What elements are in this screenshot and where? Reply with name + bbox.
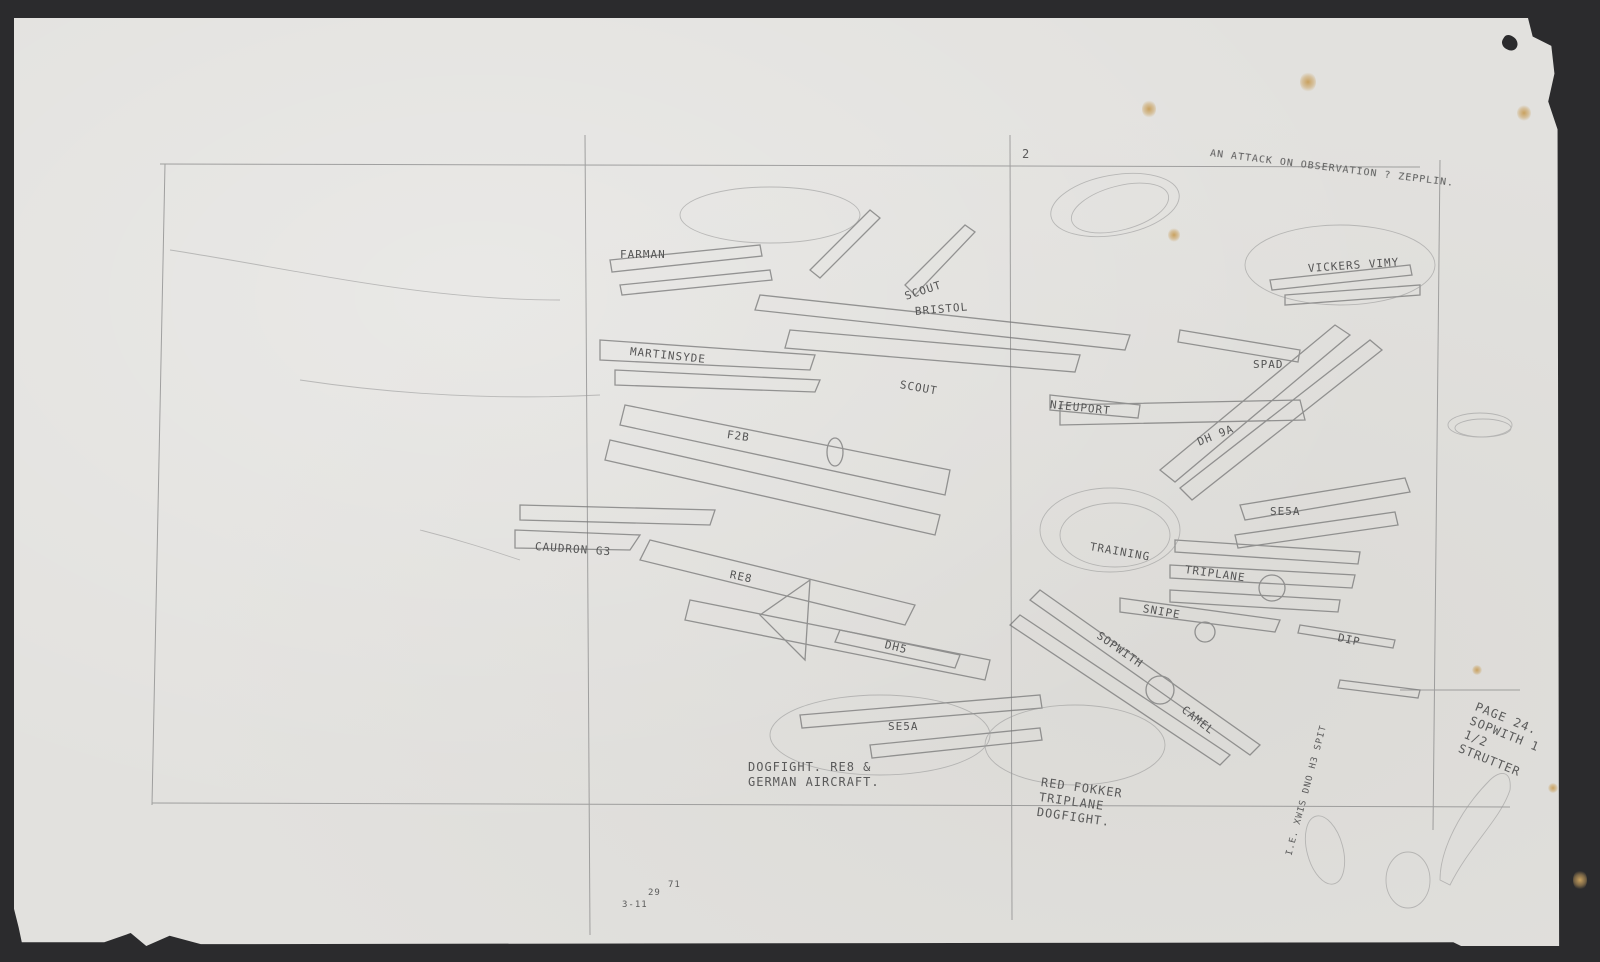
layout-grid-lines <box>152 135 1520 935</box>
aircraft-label: SE5A <box>888 720 919 733</box>
bottom-center-note: RED FOKKER TRIPLANE DOGFIGHT. <box>1034 745 1175 852</box>
bottom-left-note-text: DOGFIGHT. RE8 & GERMAN AIRCRAFT. <box>748 760 888 790</box>
corner-note-3: 71 <box>668 880 681 891</box>
aircraft-label: SPAD <box>1253 358 1284 371</box>
aircraft-label: FARMAN <box>620 248 666 261</box>
biplane-sketches <box>515 210 1420 765</box>
corner-note-1: 3-11 <box>622 900 648 911</box>
bottom-center-note-text: RED FOKKER TRIPLANE DOGFIGHT. <box>1036 775 1171 838</box>
page-number-mark: 2 <box>1022 147 1030 162</box>
corner-note-2: 29 <box>648 888 661 899</box>
aircraft-label: SE5A <box>1270 505 1301 518</box>
bottom-left-note: DOGFIGHT. RE8 & GERMAN AIRCRAFT. <box>748 730 888 805</box>
pencil-sketch <box>0 0 1600 962</box>
